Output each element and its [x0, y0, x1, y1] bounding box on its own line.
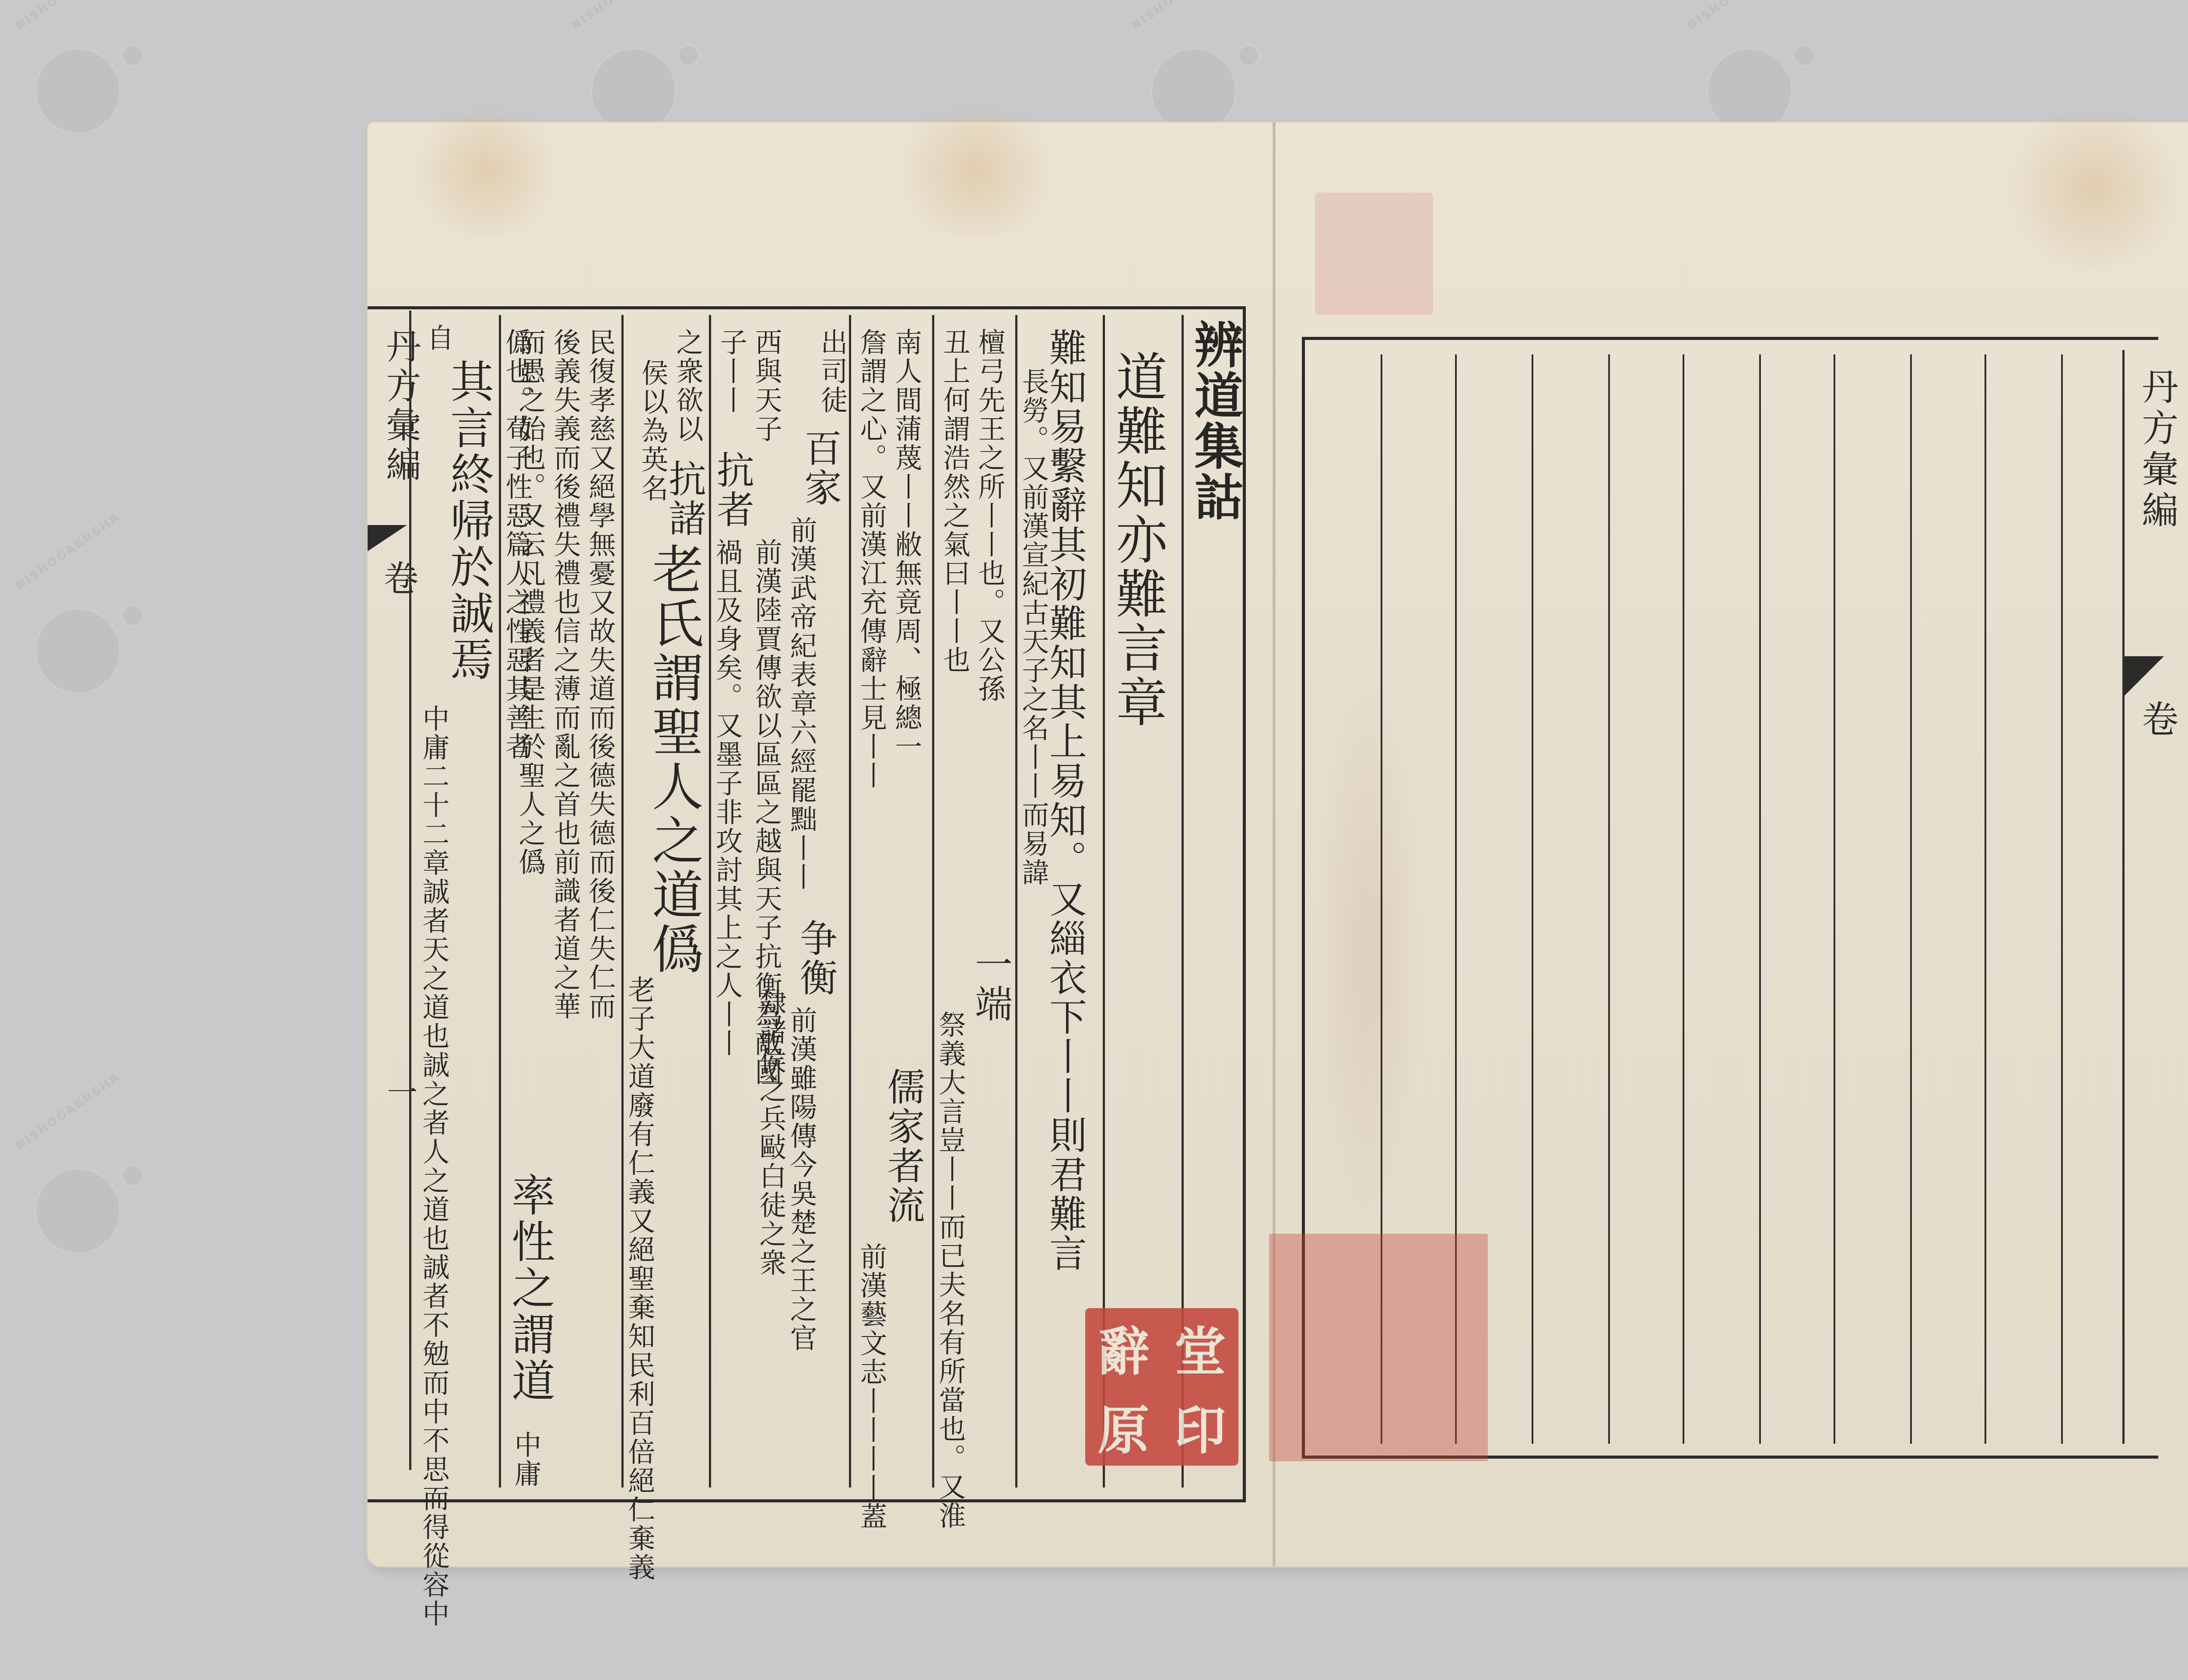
seal-char: 原 [1098, 1389, 1149, 1463]
text-column: 長勞。又前漢宣紀古天子之名丨丨而易諱 [1020, 367, 1047, 887]
right-page: 丹方彙編 卷 [1276, 122, 2188, 1566]
text-column: 丑上何謂浩然之氣曰丨丨也 [941, 328, 968, 675]
text-column: 祭義大言豈丨丨而已夫名有所當也。又淮 [936, 1011, 964, 1530]
paper-stain [884, 105, 1068, 236]
watermark-logo-icon: NISHOGAKUSHA [9, 1137, 140, 1269]
text-column: 前漢武帝紀表章六經罷黜丨丨 [788, 516, 815, 892]
column-rule [1759, 354, 1761, 1444]
watermark-logo-icon: NISHOGAKUSHA [9, 17, 140, 149]
spine-book-title: 丹方彙編 [375, 328, 426, 486]
text-column: 中庸二十二章誠者天之道也誠之者人之道也誠者不勉而中不思而得從容中 [420, 704, 447, 1628]
text-column: 率性之謂道 [508, 1172, 551, 1404]
text-column: 前漢陸賈傳欲以區區之越與天子抗衡為敵國 [753, 538, 780, 1087]
spine-rule [2122, 350, 2125, 1444]
seal-char: 辭 [1098, 1310, 1149, 1385]
text-column: 前漢雖陽傳今吳楚之王之官 [788, 1006, 815, 1353]
text-column: 南人間蒲蔑丨丨敝無竟周、極總一 [893, 328, 920, 761]
open-book: 丹方彙編 卷 一 辨道集詁 道難知亦難言章 難知易繫辭其初難知其上易知。又緇衣下… [368, 122, 2188, 1566]
chapter-heading: 道難知亦難言章 [1112, 350, 1163, 730]
spine-volume-marker: 卷 [2131, 700, 2184, 741]
spine-rule [409, 311, 411, 1470]
column-rule [1608, 354, 1610, 1444]
text-column: 僞也。荀子性惡篇人之性惡其善者 [503, 328, 530, 761]
text-column: 詹謂之心。又前漢江充傳辭士見丨丨 [858, 328, 885, 790]
text-column: 難知易繫辭其初難知其上易知。又緇衣下丨丨則君難言 [1046, 328, 1083, 1273]
text-column: 禍且及身矣。又墨子非攻討其上之人丨丨 [713, 538, 740, 1058]
header-title: 辨道集詁 [1190, 319, 1239, 522]
spine-page-number: 一 [378, 1076, 422, 1111]
spine-volume-marker: 卷 [373, 560, 423, 599]
text-column: 自 [424, 324, 452, 353]
text-column: 後義失義而後禮失禮也信之薄而亂之首也前識者道之華 [551, 328, 579, 1021]
text-column: 争衡 [796, 919, 834, 997]
text-column: 前漢藝文志丨丨丨丨蓋 [858, 1242, 885, 1531]
text-column: 西與天子 [753, 328, 780, 444]
text-column: 侯以為英名 [639, 359, 666, 503]
column-rule [2061, 354, 2063, 1444]
text-column: 子丨丨 [718, 328, 745, 415]
text-column: 百家 [801, 429, 838, 507]
seal-char: 堂 [1174, 1310, 1226, 1385]
paper-stain [1993, 109, 2188, 267]
spine-book-title: 丹方彙編 [2131, 367, 2184, 532]
watermark-logo-icon: NISHOGAKUSHA [9, 577, 140, 709]
red-seal-stamp: 辭 堂 原 印 [1085, 1308, 1238, 1466]
column-rule [1910, 354, 1912, 1444]
column-rule [1532, 354, 1533, 1444]
text-column: 出司徒 [818, 328, 845, 415]
text-column: 中庸 [512, 1431, 539, 1488]
text-column: 老子大道廢有仁義又絕聖棄知民利百倍絕仁棄義 [626, 976, 653, 1582]
column-rule [1683, 354, 1684, 1444]
left-page: 丹方彙編 卷 一 辨道集詁 道難知亦難言章 難知易繫辭其初難知其上易知。又緇衣下… [368, 122, 1273, 1566]
text-column: 檀弓先王之所丨丨也。又公孫 [976, 328, 1003, 703]
text-column: 抗諸 [665, 459, 703, 538]
paper-stain [403, 105, 569, 236]
faded-seal-stamp [1315, 192, 1433, 315]
text-column: 一端 [971, 945, 1009, 1024]
text-column: 老氏謂聖人之道僞 [648, 542, 699, 976]
column-rule [1985, 354, 1986, 1444]
column-rule [1834, 354, 1835, 1444]
text-column: 其言終帰於誠焉 [446, 359, 490, 683]
seal-char: 印 [1174, 1389, 1226, 1463]
faded-seal-stamp [1269, 1234, 1488, 1461]
column-rule [849, 315, 851, 1487]
text-column: 之衆欲以 [674, 328, 701, 444]
text-column: 抗者 [713, 451, 751, 529]
text-column: 民復孝慈又絕學無憂又故失道而後德失德而後仁失仁而 [586, 328, 614, 1021]
text-column: 儒家者流 [884, 1067, 922, 1225]
